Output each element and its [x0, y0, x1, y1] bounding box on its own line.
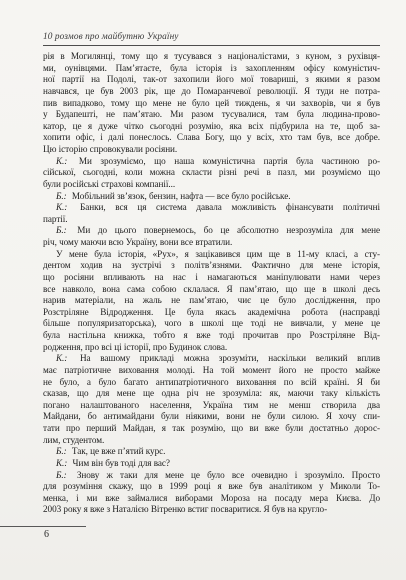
text-line: У мене була історія, «Рух», я зацікавивс… [43, 249, 380, 261]
text-line: К.: Ми зрозуміємо, що наша комуністична … [43, 156, 380, 168]
text-line: сказав, що для мене ще одна річ не зрозу… [43, 388, 380, 400]
text-line: К.: Банки, вся ця система давала можливі… [43, 202, 380, 214]
text-line: менка, і ми вже займалися виборами Мороз… [43, 493, 380, 505]
running-header-title: 10 розмов про майбутню Україну [43, 32, 179, 42]
text-line: Б.: Так, це вже п’ятий курс. [43, 446, 380, 458]
paragraph: рія в Могилянці, тому що я тусувався з н… [43, 51, 380, 156]
text-line: були російські страхові компанії... [43, 179, 380, 191]
text-line: у Будапешті, не пам’ятаю. Ми разом тусув… [43, 109, 380, 121]
book-page: { "page": { "colors": { "paper": "#f4f3f… [0, 0, 406, 580]
text-line: лим, студентом. [43, 435, 380, 447]
speaker-label: К.: [56, 156, 67, 166]
text-line: все навколо, вона сама собою склалася. Я… [43, 284, 380, 296]
paragraph: Б.: Знову ж таки для мене це було все оч… [43, 470, 380, 517]
speaker-label: К.: [56, 202, 67, 212]
text-line: дентом ходив на зустрічі з політв’язнями… [43, 260, 380, 272]
text-line: для розуміння скажу, що в 1999 році я вж… [43, 481, 380, 493]
paragraph: Б.: Так, це вже п’ятий курс. [43, 446, 380, 458]
speaker-label: К.: [56, 458, 67, 468]
paragraph: У мене була історія, «Рух», я зацікавивс… [43, 249, 380, 354]
text-line: ної партії на Подолі, так-от захопили йо… [43, 74, 380, 86]
speaker-label: К.: [56, 353, 67, 363]
text-line: сійської, сьогодні, коли можна скласти р… [43, 167, 380, 179]
paragraph: Б.: Ми до цього повернемось, бо це абсол… [43, 225, 380, 248]
text-line: К.: На вашому прикладі можна зрозуміти, … [43, 353, 380, 365]
text-line: навчався, це був 2003 рік, ще до Помаран… [43, 86, 380, 98]
text-line: ми, оунівцями. Пам’ятаєте, була історія … [43, 63, 380, 75]
text-line: Б.: Ми до цього повернемось, бо це абсол… [43, 225, 380, 237]
text-line: що росіяни впливають на нас і намагаютьс… [43, 272, 380, 284]
text-line: не було, а було багато антипатріотичного… [43, 377, 380, 389]
text-line: Б.: Знову ж таки для мене це було все оч… [43, 470, 380, 482]
running-header: 10 розмов про майбутню Україну [43, 32, 380, 46]
speaker-label: Б.: [56, 225, 67, 235]
footer-rule [0, 526, 86, 527]
text-line: 2003 року я вже з Наталією Вітренко всти… [43, 504, 380, 516]
text-line: партії. [43, 214, 380, 226]
speaker-label: Б.: [56, 470, 67, 480]
text-line: нарив матеріали, на жаль не пам’ятаю, чи… [43, 295, 380, 307]
paragraph: К.: Ми зрозуміємо, що наша комуністична … [43, 156, 380, 191]
text-line: має патріотичне виховання молоді. На той… [43, 365, 380, 377]
text-line: К.: Чим він був тоді для вас? [43, 458, 380, 470]
paragraph: Б.: Мобільний зв’язок, бензин, нафта — в… [43, 191, 380, 203]
text-line: рія в Могилянці, тому що я тусувався з н… [43, 51, 380, 63]
speaker-label: Б.: [56, 191, 67, 201]
text-block: рія в Могилянці, тому що я тусувався з н… [43, 51, 380, 516]
text-line: тати про перший Майдан, я так розумію, щ… [43, 423, 380, 435]
text-line: катор, це я дуже чітко сьогодні розумію,… [43, 121, 380, 133]
paragraph: К.: Чим він був тоді для вас? [43, 458, 380, 470]
page-number: 6 [44, 529, 49, 540]
text-line: Розстріляне Відродження. Це була якась а… [43, 307, 380, 319]
text-line: погано налаштованого населення, Україна … [43, 400, 380, 412]
text-line: Майдани, бо антимайдани були ніякими, во… [43, 411, 380, 423]
text-line: пив випадково, тому що мене не було цей … [43, 98, 380, 110]
text-line: була настільна книжка, тобто я вже тоді … [43, 330, 380, 342]
text-line: Цю історію спровокували росіяни. [43, 144, 380, 156]
text-line: хопити офіс, і далі понеслось. Слава Бог… [43, 132, 380, 144]
speaker-label: Б.: [56, 446, 67, 456]
text-line: більше популяризаторська), чого в школі … [43, 318, 380, 330]
text-line: річ, чому маючи всю Україну, вони все вт… [43, 237, 380, 249]
text-line: родження, про всі ці історії, про Будино… [43, 342, 380, 354]
paragraph: К.: Банки, вся ця система давала можливі… [43, 202, 380, 225]
text-line: Б.: Мобільний зв’язок, бензин, нафта — в… [43, 191, 380, 203]
paragraph: К.: На вашому прикладі можна зрозуміти, … [43, 353, 380, 446]
